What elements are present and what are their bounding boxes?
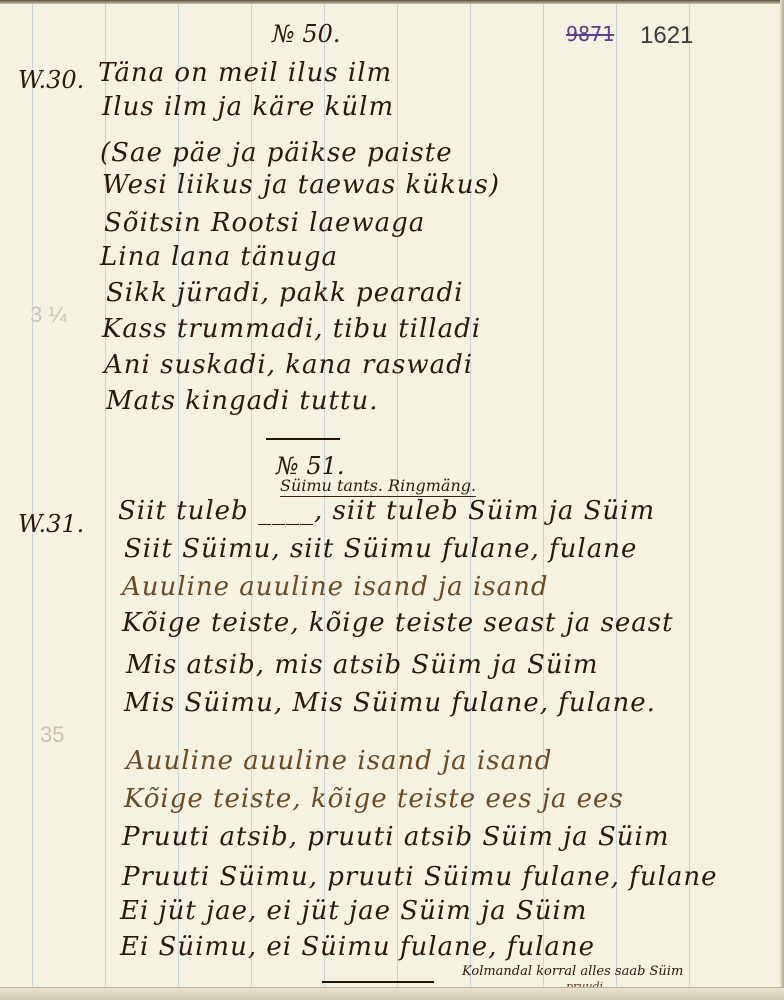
archive-number-new: 1621 [640, 22, 693, 50]
song-51-line: Ei jüt jae, ei jüt jae Süim ja Süim [120, 896, 587, 926]
song-50-line: (Sae päe ja päikse paiste [100, 138, 453, 168]
song-50-line: Ani suskadi, kana raswadi [104, 350, 473, 380]
song-51-line: Kõige teiste, kõige teiste ees ja ees [124, 784, 624, 814]
song-51-line: Mis atsib, mis atsib Süim ja Süim [126, 650, 599, 680]
song-51-line: Ei Süimu, ei Süimu fulane, fulane [120, 932, 595, 962]
song-50-line: Kass trummadi, tibu tilladi [102, 314, 481, 344]
song-51-line: Auuline auuline isand ja isand [126, 746, 553, 776]
song-50-line: Sikk jüradi, pakk pearadi [106, 278, 463, 308]
archive-number-old: 9871 [566, 22, 614, 46]
page-right-edge [780, 0, 784, 1000]
song-51-line: Siit tuleb ____, siit tuleb Süim ja Süim [118, 496, 655, 526]
song-50-margin-ref: W.30. [18, 66, 84, 94]
song-50-number: № 50. [272, 20, 341, 48]
pencil-margin-mark: 3 ¼ [30, 302, 67, 328]
song-51-line: Pruuti atsib, pruuti atsib Süim ja Süim [122, 822, 669, 852]
song-51-line: Mis Süimu, Mis Süimu fulane, fulane. [124, 688, 656, 718]
page-top-edge [0, 0, 784, 4]
pencil-margin-mark: 35 [40, 722, 64, 748]
song-50-line: Täna on meil ilus ilm [98, 58, 392, 88]
section-divider [266, 438, 340, 440]
song-51-line: Kõige teiste, kõige teiste seast ja seas… [122, 608, 674, 638]
song-50-line: Mats kingadi tuttu. [106, 386, 378, 416]
song-51-margin-ref: W.31. [18, 510, 84, 538]
song-50-line: Wesi liikus ja taewas kükus) [102, 170, 500, 200]
song-51-line: Auuline auuline isand ja isand [122, 572, 549, 602]
page-bottom-edge [0, 987, 784, 1000]
manuscript-page: 9871 1621 № 50. W.30. Täna on meil ilus … [0, 0, 784, 1000]
song-50-line: Lina lana tänuga [100, 242, 338, 272]
song-50-line: Ilus ilm ja käre külm [102, 92, 394, 122]
footnote: Kolmandal korral alles saab Süim [462, 964, 683, 979]
closing-divider [322, 981, 434, 983]
song-51-line: Pruuti Süimu, pruuti Süimu fulane, fulan… [122, 862, 718, 892]
song-51-subtitle: Süimu tants. Ringmäng. [280, 476, 476, 497]
song-51-line: Siit Süimu, siit Süimu fulane, fulane [124, 534, 637, 564]
song-50-line: Sõitsin Rootsi laewaga [104, 208, 425, 238]
